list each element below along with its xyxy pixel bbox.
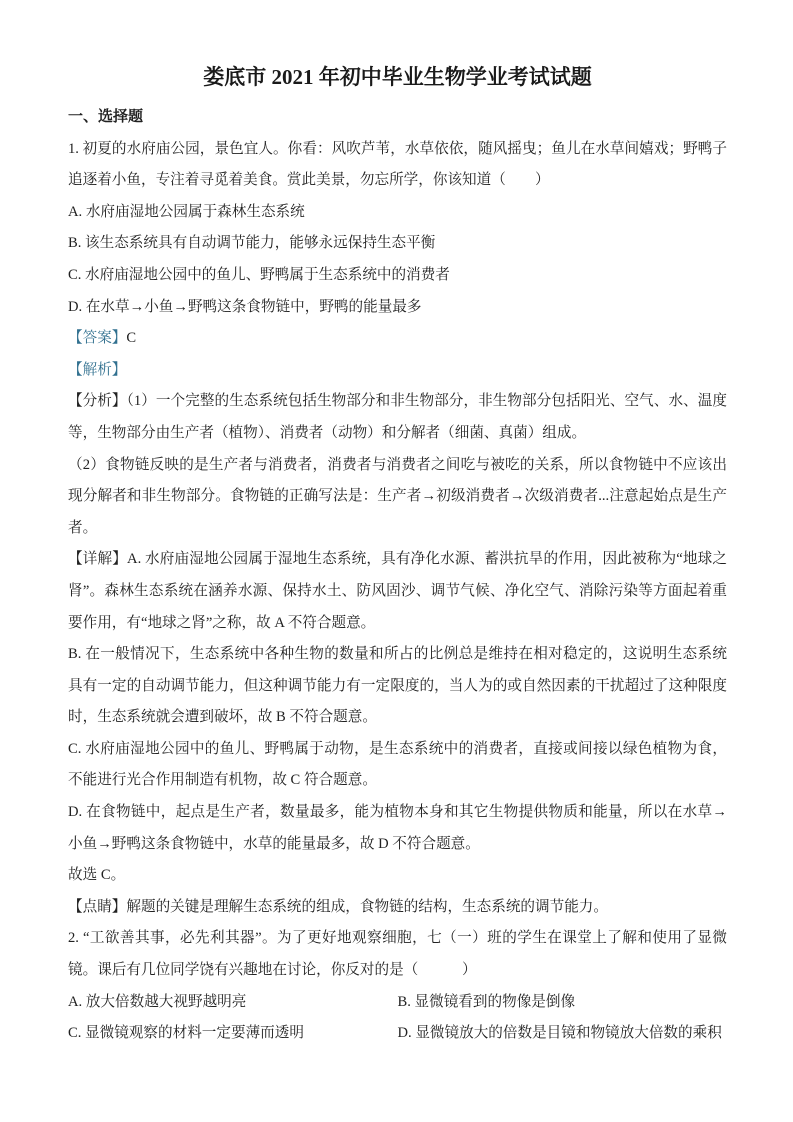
q2-option-d: D. 显微镜放大的倍数是目镜和物镜放大倍数的乘积 (398, 1018, 728, 1050)
q2-option-c: C. 显微镜观察的材料一定要薄而透明 (68, 1018, 398, 1050)
q1-conclusion: 故选 C。 (68, 860, 727, 892)
q1-option-c: C. 水府庙湿地公园中的鱼儿、野鸭属于生态系统中的消费者 (68, 260, 727, 292)
q2-option-b: B. 显微镜看到的物像是倒像 (398, 987, 728, 1019)
q1-stem: 1. 初夏的水府庙公园，景色宜人。你看：风吹芦苇，水草依依，随风摇曳；鱼儿在水草… (68, 134, 727, 197)
q1-detail-d: D. 在食物链中，起点是生产者，数量最多，能为植物本身和其它生物提供物质和能量，… (68, 797, 727, 860)
section-heading: 一、选择题 (68, 102, 727, 134)
q1-analysis-part1: 【分析】（1）一个完整的生态系统包括生物部分和非生物部分，非生物部分包括阳光、空… (68, 386, 727, 449)
exam-document-page: 娄底市 2021 年初中毕业生物学业考试试题 一、选择题 1. 初夏的水府庙公园… (0, 0, 793, 1122)
q1-option-a: A. 水府庙湿地公园属于森林生态系统 (68, 197, 727, 229)
answer-value: C (126, 330, 136, 346)
q2-stem: 2. “工欲善其事，必先利其器”。为了更好地观察细胞，七（一）班的学生在课堂上了… (68, 923, 727, 986)
q1-detail-a: 【详解】A. 水府庙湿地公园属于湿地生态系统，具有净化水源、蓄洪抗旱的作用，因此… (68, 544, 727, 639)
q2-options-grid: A. 放大倍数越大视野越明亮 B. 显微镜看到的物像是倒像 C. 显微镜观察的材… (68, 987, 727, 1050)
q1-detail-b: B. 在一般情况下，生态系统中各种生物的数量和所占的比例总是维持在相对稳定的，这… (68, 639, 727, 734)
q1-key-point: 【点睛】解题的关键是理解生态系统的组成，食物链的结构，生态系统的调节能力。 (68, 892, 727, 924)
q1-analysis-marker: 【解析】 (68, 355, 727, 387)
q2-option-a: A. 放大倍数越大视野越明亮 (68, 987, 398, 1019)
q1-analysis-part2: （2）食物链反映的是生产者与消费者，消费者与消费者之间吃与被吃的关系，所以食物链… (68, 450, 727, 545)
answer-marker: 【答案】 (68, 330, 126, 346)
q1-detail-c: C. 水府庙湿地公园中的鱼儿、野鸭属于动物，是生态系统中的消费者，直接或间接以绿… (68, 734, 727, 797)
page-title: 娄底市 2021 年初中毕业生物学业考试试题 (68, 60, 727, 94)
q1-option-b: B. 该生态系统具有自动调节能力，能够永远保持生态平衡 (68, 228, 727, 260)
q1-answer-line: 【答案】C (68, 323, 727, 355)
q1-option-d: D. 在水草→小鱼→野鸭这条食物链中，野鸭的能量最多 (68, 292, 727, 324)
